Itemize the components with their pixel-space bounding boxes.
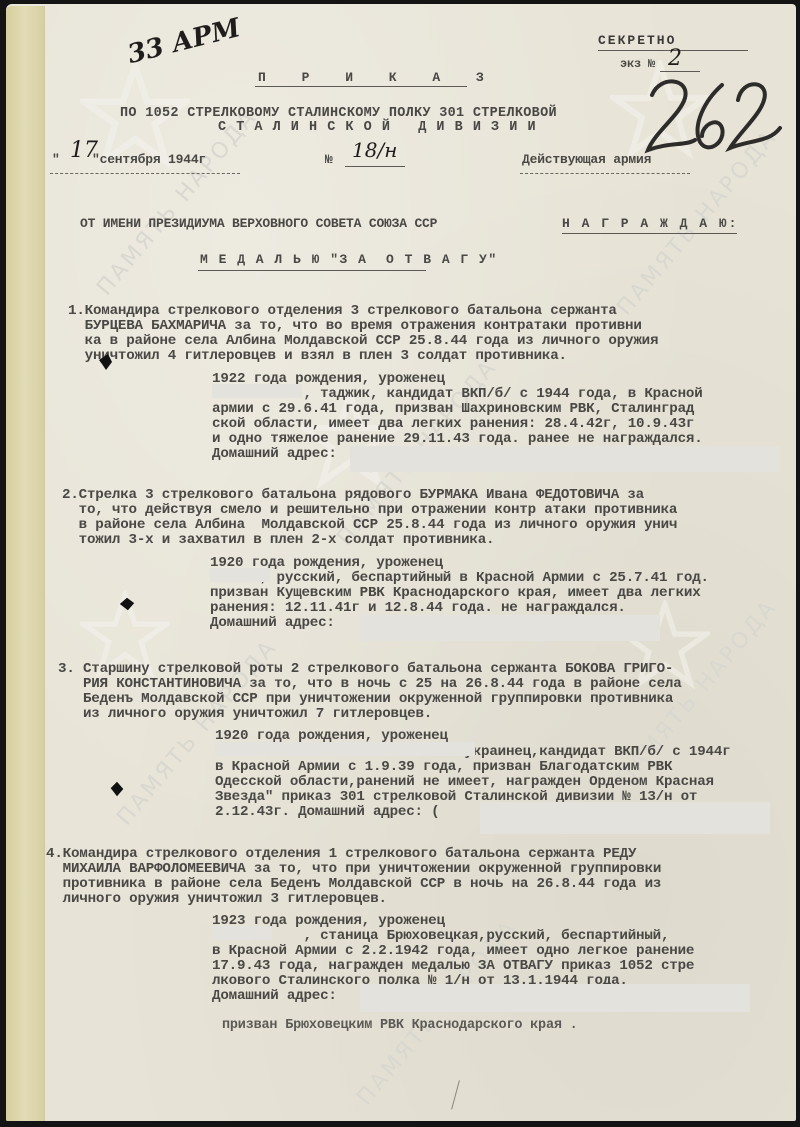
ink-blot: [108, 780, 126, 798]
bio-line: ской области, имеет два легких ранения: …: [212, 416, 694, 432]
order-number: 18/н: [352, 138, 397, 162]
entry-line: МИХАИЛА ВАРФОЛОМЕЕВИЧА за то, что при ун…: [46, 861, 661, 877]
bio-line: армии с 29.6.41 года, призван Шахриновск…: [212, 401, 694, 417]
entry-line: личного оружия уничтожил 3 гитлеровцев.: [46, 891, 387, 907]
bio-line: в Красной Армии с 1.9.39 года, призван Б…: [215, 759, 672, 775]
location-underline: [520, 173, 690, 174]
classification-label: СЕКРЕТНО: [598, 33, 676, 49]
redacted-birthplace: [212, 384, 302, 398]
award-title-underline: [198, 270, 426, 271]
entry-line: РИЯ КОНСТАНТИНОВИЧА за то, что в ночь с …: [58, 676, 682, 692]
award-title: М Е Д А Л Ь Ю "З А О Т В А Г У": [200, 252, 498, 268]
location-label: Действующая армия: [522, 152, 651, 168]
entry-line: противника в районе села Беденъ Молдавск…: [46, 876, 661, 892]
order-title-underline: [255, 86, 467, 87]
entry-line: ка в районе села Албина Молдавской ССР 2…: [68, 333, 658, 349]
bio-line: ранения: 12.11.41г и 12.8.44 года. не на…: [210, 600, 626, 616]
archive-number-handwritten: [630, 70, 790, 160]
entry-line: уничтожил 4 гитлеровцев и взял в плен 3 …: [68, 348, 567, 364]
ink-blot: [96, 352, 116, 372]
order-number-label: №: [325, 152, 333, 168]
entry-line: из личного оружия уничтожил 7 гитлеровце…: [58, 706, 432, 722]
preamble-verb-underline: [562, 233, 737, 234]
redacted-birthplace: [210, 568, 270, 582]
entry-line: в районе села Албина Молдавской ССР 25.8…: [62, 517, 677, 533]
entry-line: БУРЦЕВА БАХМАРИЧА за то, что во время от…: [68, 318, 642, 334]
redacted-address: [480, 802, 770, 834]
entry-line: Беденъ Молдавской ССР при уничтожении ок…: [58, 691, 673, 707]
entry-line: 4.Командира стрелкового отделения 1 стре…: [46, 846, 636, 862]
redacted-address: [360, 984, 750, 1012]
redacted-birthplace: [215, 742, 475, 756]
bio-line: Одесской области,ранений не имеет, награ…: [215, 774, 714, 790]
date-month-year: сентября 1944г: [100, 152, 206, 167]
binding-margin: [6, 6, 45, 1121]
bio-line: призван Кущевским РВК Краснодарского кра…: [210, 585, 701, 601]
entry-footer: призван Брюховецким РВК Краснодарского к…: [222, 1018, 578, 1034]
entry-line: 2.Стрелка 3 стрелкового батальона рядово…: [62, 487, 644, 503]
order-subtitle-2: С Т А Л И Н С К О Й Д И В И З И И: [218, 120, 537, 136]
redacted-address: [350, 446, 780, 472]
bio-line: Домашний адрес:: [212, 446, 337, 462]
bio-line: Домашний адрес:: [210, 615, 335, 631]
ink-blot: [118, 595, 136, 613]
entry-line: 3. Старшину стрелковой роты 2 стрелковог…: [58, 661, 673, 677]
copy-number: 2: [668, 46, 682, 71]
order-title: П Р И К А З: [258, 70, 498, 86]
preamble-text: ОТ ИМЕНИ ПРЕЗИДИУМА ВЕРХОВНОГО СОВЕТА СО…: [80, 216, 437, 232]
redacted-birthplace: [212, 926, 272, 940]
entry-line: 1.Командира стрелкового отделения 3 стре…: [68, 303, 617, 319]
bio-line: 17.9.43 года, награжден медалью ЗА ОТВАГ…: [212, 958, 694, 974]
order-number-underline: [345, 166, 405, 167]
date-rest: "сентября 1944г: [92, 152, 206, 168]
bio-line: , русский, беспартийный в Красной Армии …: [210, 570, 709, 586]
preamble-verb: Н А Г Р А Ж Д А Ю:: [562, 216, 738, 232]
entry-line: тожил 3-х и захватил в плен 2-х солдат п…: [62, 532, 494, 548]
date-underline: [50, 173, 240, 174]
bio-line: 2.12.43г. Домашний адрес: (: [215, 804, 439, 820]
entry-line: то, что действуя смело и решительно при …: [62, 502, 677, 518]
bio-line: , станица Брюховецкая,русский, беспартий…: [212, 928, 669, 944]
bio-line: Домашний адрес:: [212, 988, 337, 1004]
bio-line: и одно тяжелое ранение 29.11.43 года. ра…: [212, 431, 703, 447]
bio-line: в Красной Армии с 2.2.1942 года, имеет о…: [212, 943, 694, 959]
redacted-address: [360, 615, 660, 641]
date-quote-open: ": [52, 152, 60, 168]
